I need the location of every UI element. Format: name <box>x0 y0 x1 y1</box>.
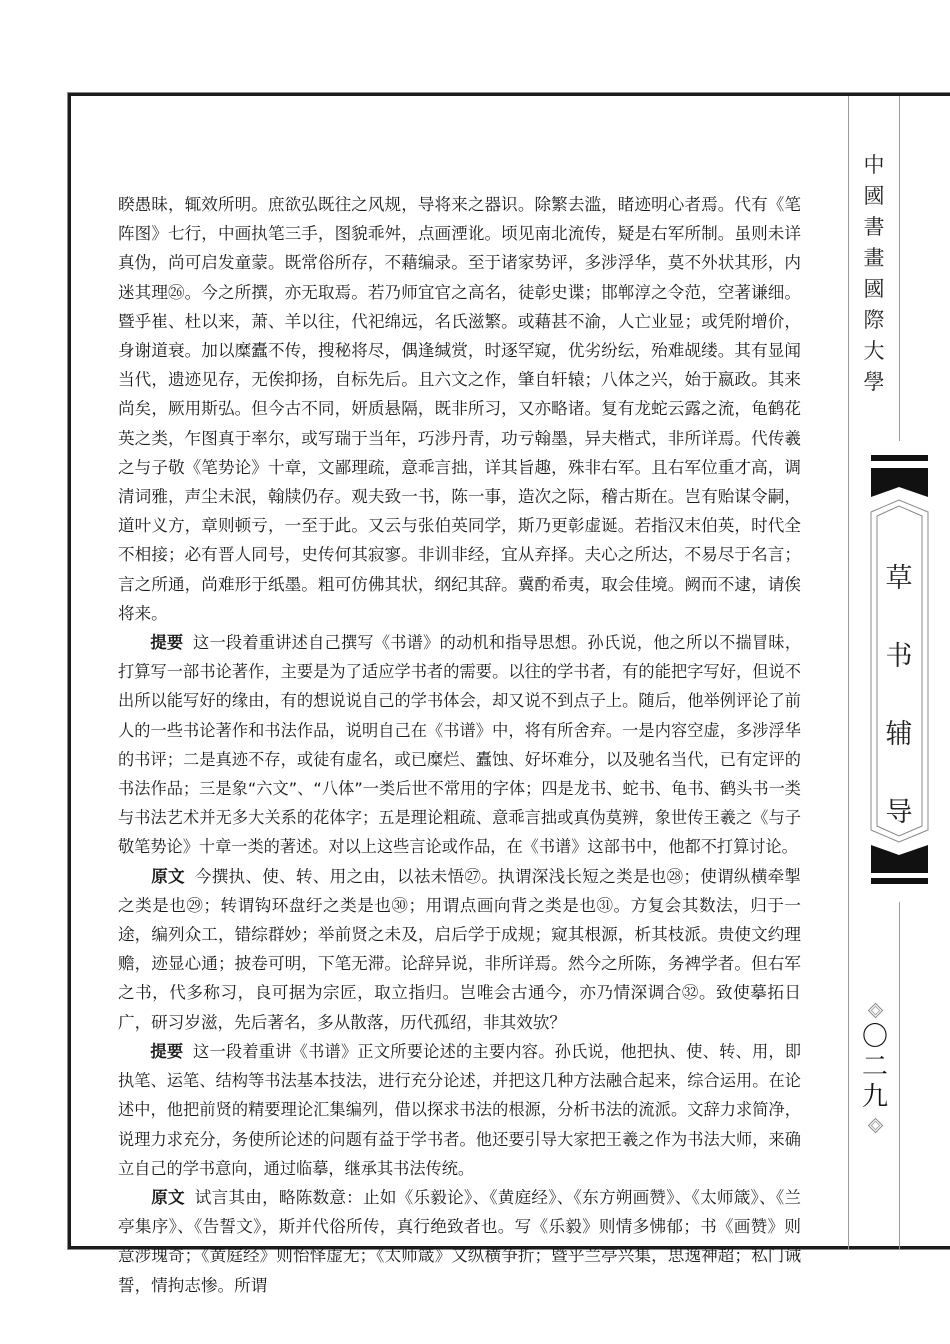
series-title-char: 中 <box>856 150 892 181</box>
paragraph-original-continued: 睽愚昧，辄效所明。庶欲弘既往之风规，导将来之器识。除繁去滥，睹迹明心者焉。代有《… <box>118 190 801 628</box>
paragraph-text: 睽愚昧，辄效所明。庶欲弘既往之风规，导将来之器识。除繁去滥，睹迹明心者焉。代有《… <box>118 195 801 623</box>
paragraph-label: 提要 <box>150 633 183 652</box>
sidebar-rule-left <box>848 96 849 1250</box>
paragraph-text: 今撰执、使、转、用之由，以祛未悟㉗。执谓深浅长短之类是也㉘；使谓纵横牵掣之类是也… <box>118 867 801 1032</box>
diamond-icon <box>867 1003 883 1019</box>
page-number-digit: 〇 <box>857 1022 893 1052</box>
paragraph-text: 试言其由，略陈数意：止如《乐毅论》、《黄庭经》、《东方朔画赞》、《太师箴》、《兰… <box>118 1188 801 1295</box>
diamond-icon <box>867 1118 883 1134</box>
paragraph-text: 这一段着重讲述自己撰写《书谱》的动机和指导思想。孙氏说，他之所以不揣冒昧，打算写… <box>118 633 801 856</box>
section-title: 草 书 辅 导 <box>868 540 930 852</box>
series-title-char: 際 <box>856 305 892 336</box>
page-number: 〇 二 九 <box>857 1005 893 1131</box>
page-number-digit: 九 <box>857 1082 893 1112</box>
section-title-char: 书 <box>868 618 930 696</box>
body-text: 睽愚昧，辄效所明。庶欲弘既往之风规，导将来之器识。除繁去滥，睹迹明心者焉。代有《… <box>118 190 801 1300</box>
paragraph-label: 原文 <box>151 1188 185 1207</box>
sidebar-rule-right-lower <box>899 902 900 1250</box>
section-title-char: 草 <box>868 540 930 618</box>
paragraph-original: 原文今撰执、使、转、用之由，以祛未悟㉗。执谓深浅长短之类是也㉘；使谓纵横牵掣之类… <box>118 862 801 1037</box>
series-title: 中 國 書 畫 國 際 大 學 <box>856 150 892 398</box>
paragraph-label: 提要 <box>150 1042 183 1061</box>
section-title-char: 辅 <box>868 696 930 774</box>
page-number-digit: 二 <box>857 1052 893 1082</box>
paragraph-text: 这一段着重讲《书谱》正文所要论述的主要内容。孙氏说，他把执、使、转、用，即执笔、… <box>118 1042 801 1178</box>
series-title-char: 國 <box>856 181 892 212</box>
paragraph-original: 原文试言其由，略陈数意：止如《乐毅论》、《黄庭经》、《东方朔画赞》、《太师箴》、… <box>118 1183 801 1300</box>
sidebar-rule-right-upper <box>899 96 900 441</box>
series-title-char: 書 <box>856 212 892 243</box>
ornament-band-bottom <box>871 878 928 884</box>
paragraph-commentary: 提要这一段着重讲述自己撰写《书谱》的动机和指导思想。孙氏说，他之所以不揣冒昧，打… <box>118 628 801 862</box>
series-title-char: 大 <box>856 336 892 367</box>
series-title-char: 學 <box>856 367 892 398</box>
series-title-char: 畫 <box>856 243 892 274</box>
paragraph-label: 原文 <box>151 867 185 886</box>
series-title-char: 國 <box>856 274 892 305</box>
section-title-char: 导 <box>868 774 930 852</box>
paragraph-commentary: 提要这一段着重讲《书谱》正文所要论述的主要内容。孙氏说，他把执、使、转、用，即执… <box>118 1037 801 1183</box>
